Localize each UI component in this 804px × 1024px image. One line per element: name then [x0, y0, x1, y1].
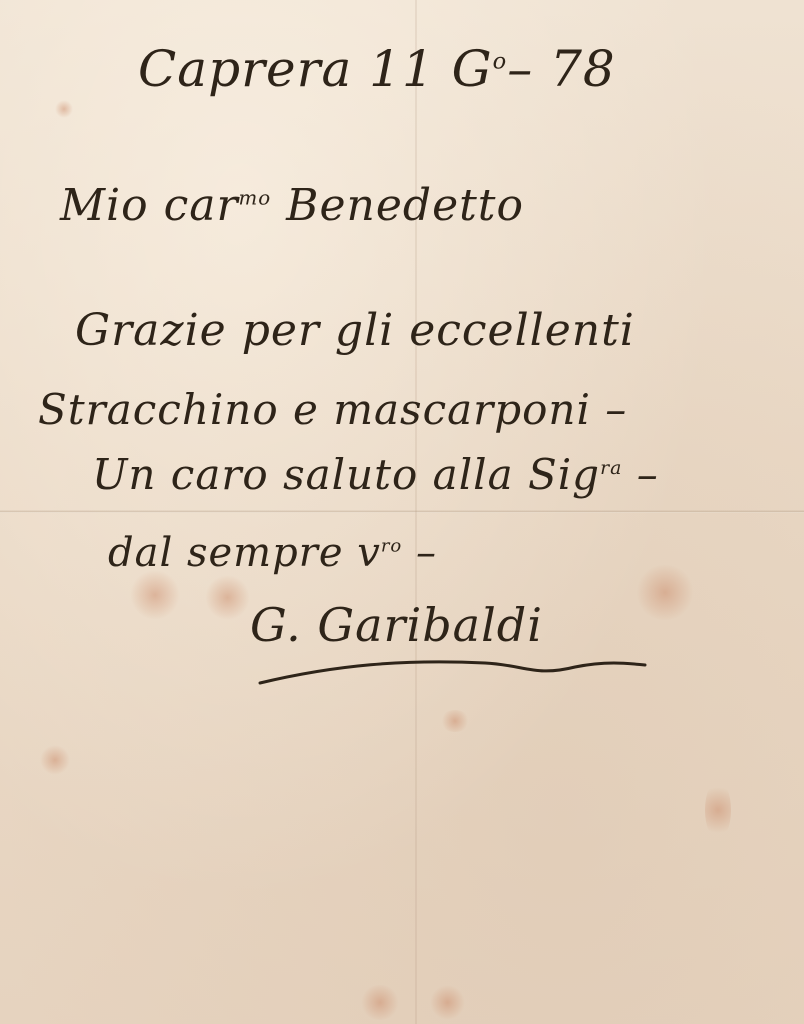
- stain: [55, 100, 73, 118]
- letter-sheet: Caprera 11 Go– 78 Mio carmo Benedetto Gr…: [0, 0, 804, 1024]
- stain: [430, 985, 465, 1020]
- body-line-1-text: Grazie per gli eccellenti: [75, 305, 635, 356]
- body-line-3-sup: ra: [600, 457, 622, 479]
- salutation-sup: mo: [239, 186, 272, 209]
- stain: [635, 565, 695, 620]
- stain: [205, 575, 250, 620]
- stain: [705, 780, 731, 840]
- dateline-text: Caprera 11 G: [138, 40, 493, 98]
- body-line-3-text: Un caro saluto alla Sig: [92, 450, 600, 499]
- body-line-2: Stracchino e mascarponi –: [38, 385, 627, 434]
- body-line-3-dash: –: [622, 450, 658, 499]
- salutation-name: Benedetto: [271, 180, 524, 231]
- salutation-text: Mio car: [60, 180, 239, 231]
- closing-dash: –: [402, 530, 437, 576]
- body-line-1: Grazie per gli eccellenti: [75, 305, 635, 356]
- closing-sup: ro: [381, 536, 402, 557]
- stain: [40, 745, 70, 775]
- body-line-3: Un caro saluto alla Sigra –: [92, 450, 659, 499]
- stain: [360, 985, 400, 1020]
- closing: dal sempre vro –: [108, 530, 437, 576]
- closing-text: dal sempre v: [108, 530, 381, 576]
- dateline-sup: o: [493, 48, 508, 74]
- vertical-fold-line: [415, 0, 417, 1024]
- signature-text: G. Garibaldi: [250, 598, 543, 652]
- body-line-2-text: Stracchino e mascarponi –: [38, 385, 627, 434]
- stain: [130, 570, 180, 620]
- stain: [440, 710, 470, 732]
- signature-underline-flourish: [255, 645, 655, 690]
- salutation: Mio carmo Benedetto: [60, 180, 524, 231]
- dateline-year: – 78: [507, 40, 616, 98]
- dateline: Caprera 11 Go– 78: [138, 40, 616, 98]
- signature: G. Garibaldi: [250, 598, 543, 652]
- horizontal-fold-line: [0, 510, 804, 513]
